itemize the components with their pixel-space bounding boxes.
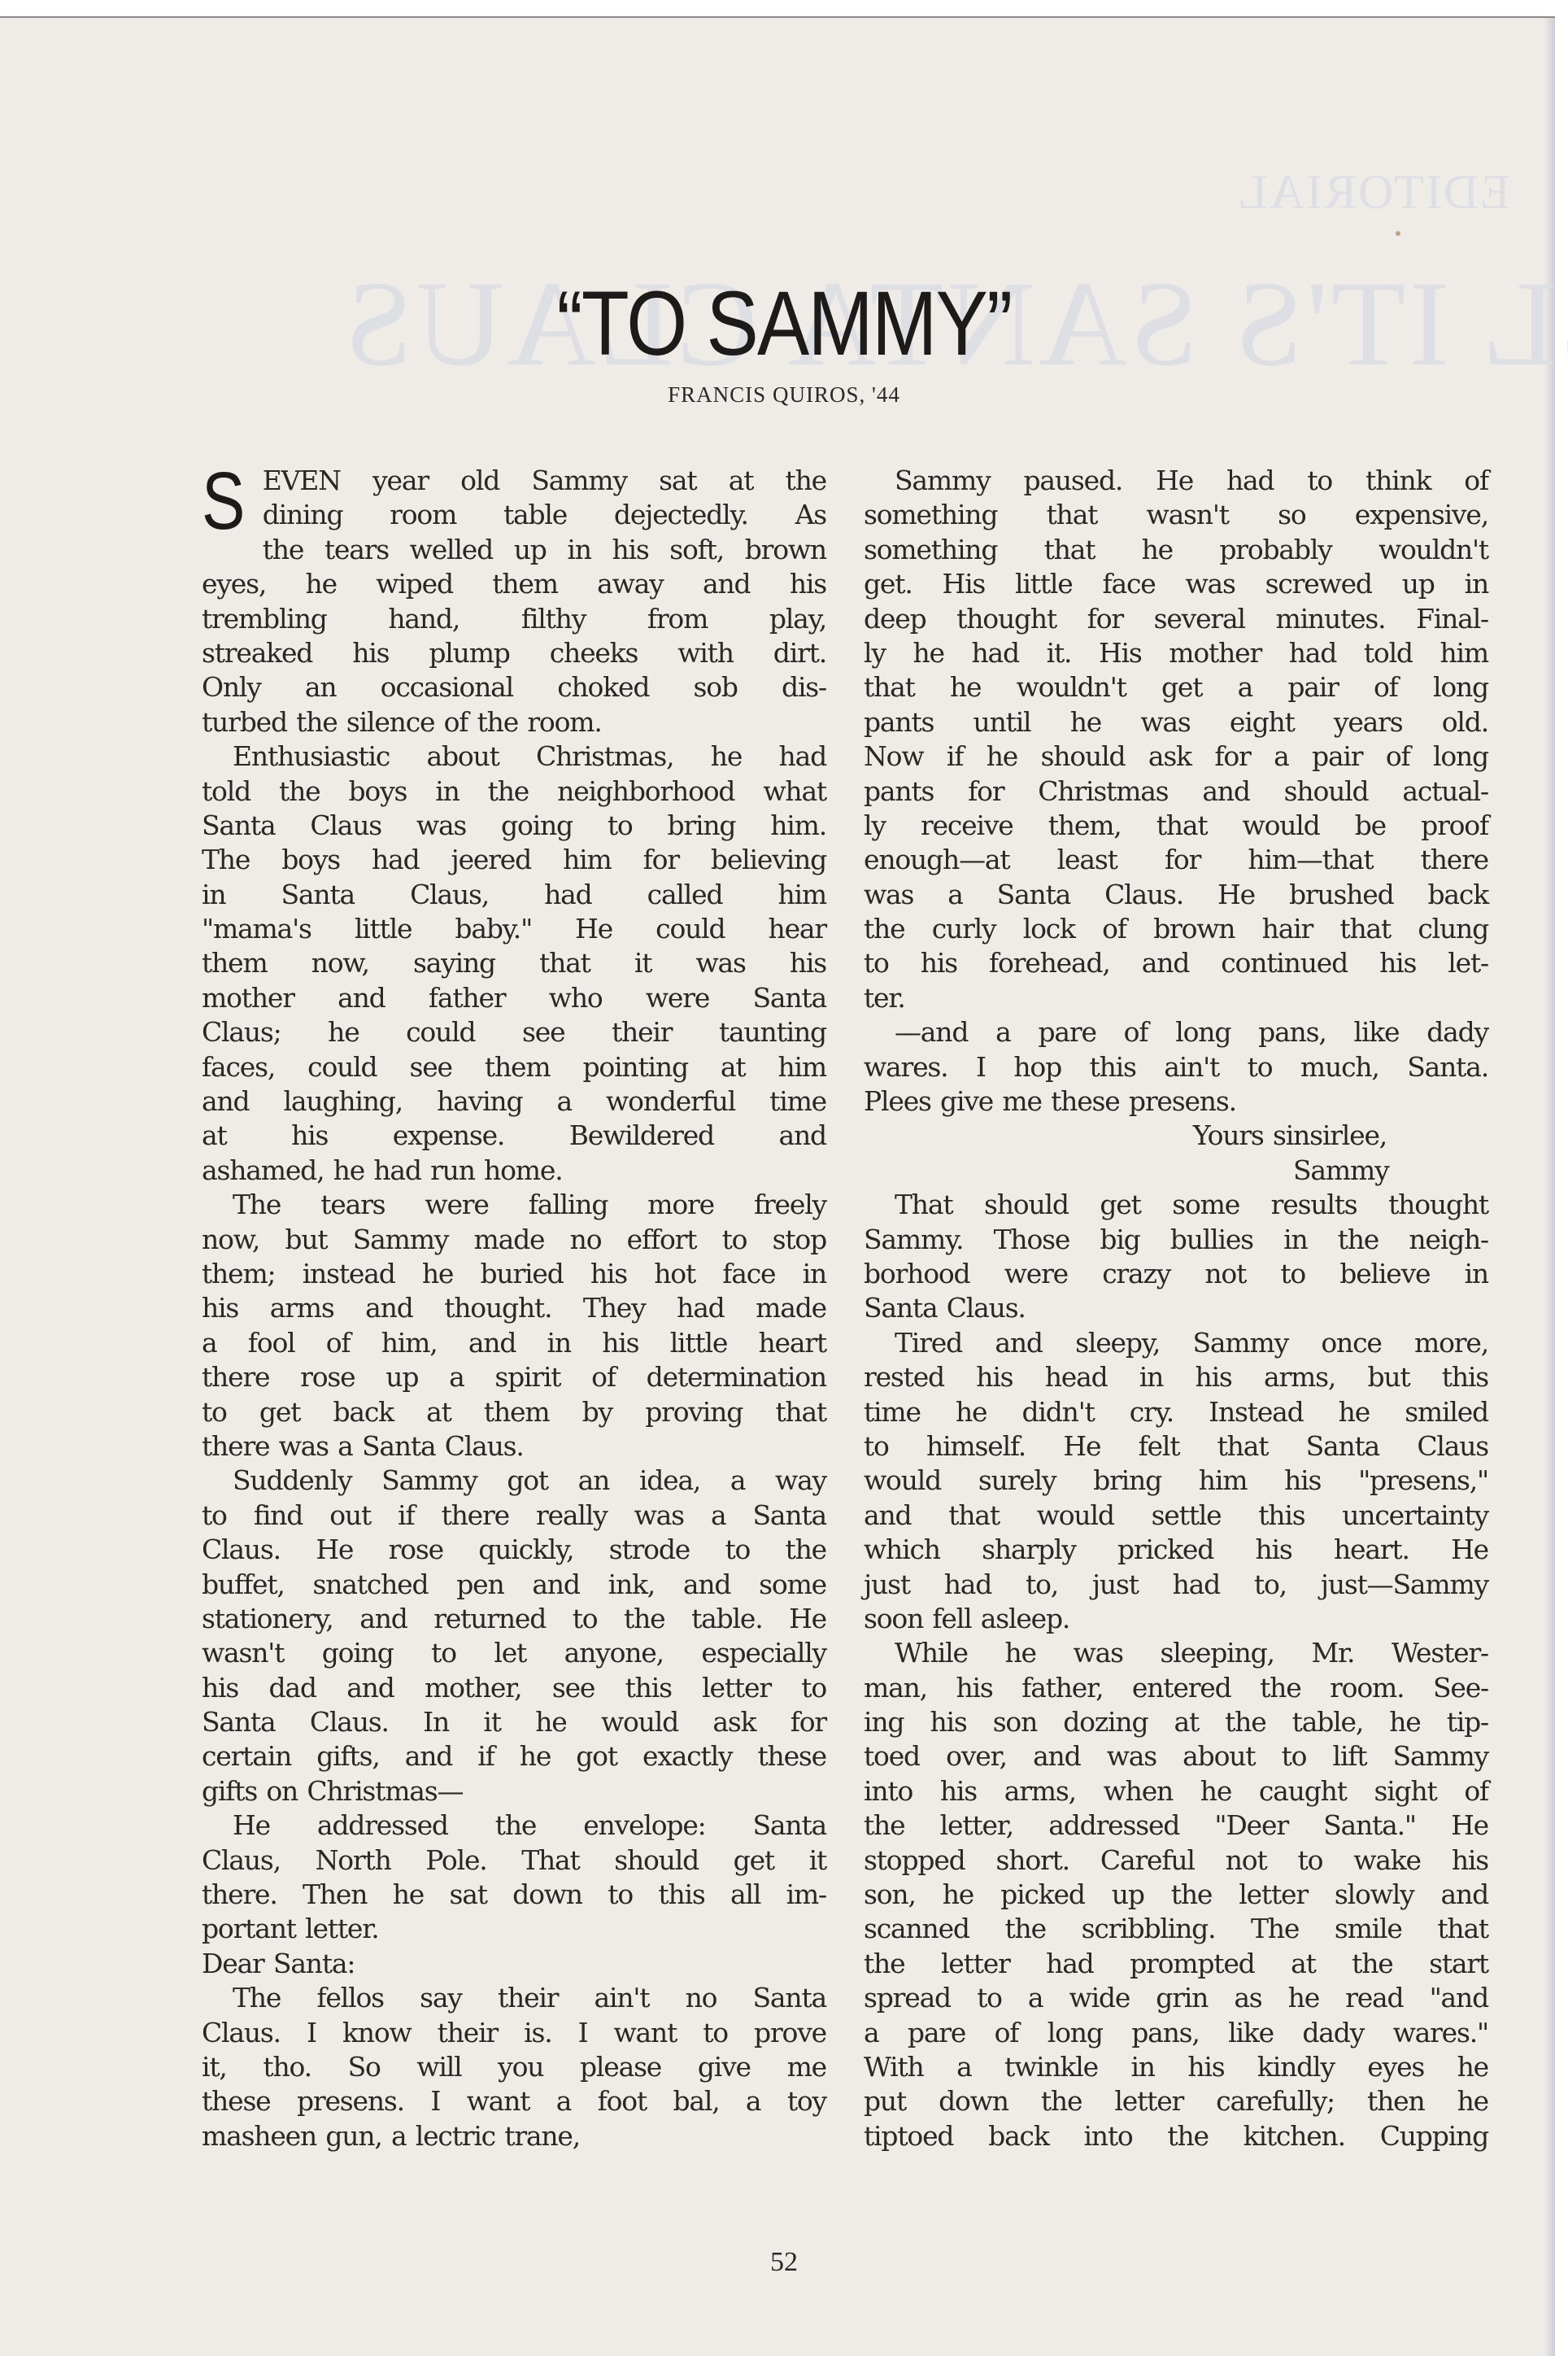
text-line: to get back at them by proving that [202,1395,826,1429]
text-line: The tears were falling more freely [202,1188,826,1222]
text-line: Suddenly Sammy got an idea, a way [202,1464,826,1498]
text-line: there was a Santa Claus. [202,1429,826,1464]
text-line: He addressed the envelope: Santa [202,1808,826,1843]
text-line: the tears welled up in his soft, brown [202,533,826,567]
text-line: spread to a wide grin as he read "and [864,1981,1488,2015]
text-line: to find out if there really was a Santa [202,1499,826,1533]
text-line: dining room table dejectedly. As [202,498,826,532]
text-line: something that wasn't so expensive, [864,498,1488,532]
text-line: The boys had jeered him for believing [202,843,826,877]
text-line: Santa Claus. [864,1291,1488,1325]
text-line: just had to, just had to, just—Sammy [864,1568,1488,1602]
left-column: S EVEN year old Sammy sat at the dining … [202,464,826,2153]
text-line: Santa Claus. In it he would ask for [202,1705,826,1739]
bleed-through-editorial-header: EDITORIAL [1236,164,1510,220]
letter-line: it, tho. So will you please give me [202,2050,826,2084]
letter-closing: Yours sinsirlee, [864,1119,1488,1153]
text-line: faces, could see them pointing at him [202,1050,826,1084]
paper-speck [1396,231,1400,236]
text-line: the letter, addressed "Deer Santa." He [864,1808,1488,1843]
text-line: Now if he should ask for a pair of long [864,740,1488,774]
text-line: would surely bring him his "presens," [864,1464,1488,1498]
text-line: them now, saying that it was his [202,946,826,980]
text-line: Sammy. Those big bullies in the neigh- [864,1223,1488,1257]
text-line: wasn't going to let anyone, especially [202,1636,826,1670]
text-line: deep thought for several minutes. Final- [864,602,1488,636]
text-line: That should get some results thought [864,1188,1488,1222]
text-line: ly he had it. His mother had told him [864,636,1488,670]
text-line: there. Then he sat down to this all im- [202,1878,826,1912]
text-line: there rose up a spirit of determination [202,1360,826,1394]
text-line: streaked his plump cheeks with dirt. [202,636,826,670]
text-line: With a twinkle in his kindly eyes he [864,2050,1488,2084]
text-line: son, he picked up the letter slowly and [864,1878,1488,1912]
text-line: put down the letter carefully; then he [864,2084,1488,2118]
right-column: Sammy paused. He had to think of somethi… [864,464,1488,2153]
article-byline: FRANCIS QUIROS, '44 [0,382,1568,408]
text-line: them; instead he buried his hot face in [202,1257,826,1291]
text-line: ashamed, he had run home. [202,1154,826,1188]
text-line: borhood were crazy not to believe in [864,1257,1488,1291]
text-line: trembling hand, filthy from play, [202,602,826,636]
text-line: While he was sleeping, Mr. Wester- [864,1636,1488,1670]
text-line: Claus, North Pole. That should get it [202,1843,826,1878]
text-line: enough—at least for him—that there [864,843,1488,877]
text-line: ter. [864,981,1488,1015]
letter-salutation: Dear Santa: [202,1947,826,1981]
article-title: “TO SAMMY” [110,278,1458,369]
text-line: stationery, and returned to the table. H… [202,1602,826,1636]
text-line: which sharply pricked his heart. He [864,1533,1488,1567]
text-line: certain gifts, and if he got exactly the… [202,1739,826,1774]
text-line: Enthusiastic about Christmas, he had [202,740,826,774]
text-line: now, but Sammy made no effort to stop [202,1223,826,1257]
letter-line: The fellos say their ain't no Santa [202,1981,826,2015]
text-line: ing his son dozing at the table, he tip- [864,1705,1488,1739]
text-line: "mama's little baby." He could hear [202,912,826,946]
text-line: told the boys in the neighborhood what [202,774,826,809]
text-line: his arms and thought. They had made [202,1291,826,1325]
text-line: pants for Christmas and should actual- [864,774,1488,809]
text-line: scanned the scribbling. The smile that [864,1912,1488,1946]
text-line: Sammy paused. He had to think of [864,464,1488,498]
text-line: Santa Claus was going to bring him. [202,809,826,843]
page-number: 52 [0,2247,1568,2278]
letter-line: Plees give me these presens. [864,1084,1488,1119]
text-line: toed over, and was about to lift Sammy [864,1739,1488,1774]
letter-line: wares. I hop this ain't to much, Santa. [864,1050,1488,1084]
text-line: mother and father who were Santa [202,981,826,1015]
text-line: and that would settle this uncertainty [864,1499,1488,1533]
letter-line: masheen gun, a lectric trane, [202,2119,826,2153]
drop-cap: S [202,469,245,534]
letter-line: Claus. I know their is. I want to prove [202,2016,826,2050]
text-line: the curly lock of brown hair that clung [864,912,1488,946]
text-line: that he wouldn't get a pair of long [864,670,1488,705]
text-line: his dad and mother, see this letter to [202,1671,826,1705]
text-line: get. His little face was screwed up in [864,567,1488,601]
text-line: and laughing, having a wonderful time [202,1084,826,1119]
text-line: turbed the silence of the room. [202,705,826,740]
text-line: at his expense. Bewildered and [202,1119,826,1153]
text-line: time he didn't cry. Instead he smiled [864,1395,1488,1429]
text-line: to himself. He felt that Santa Claus [864,1429,1488,1464]
text-line: portant letter. [202,1912,826,1946]
text-line: something that he probably wouldn't [864,533,1488,567]
text-line: Claus; he could see their taunting [202,1015,826,1049]
text-line: tiptoed back into the kitchen. Cupping [864,2119,1488,2153]
text-line: gifts on Christmas— [202,1774,826,1808]
text-line: the letter had prompted at the start [864,1947,1488,1981]
letter-line: —and a pare of long pans, like dady [864,1015,1488,1049]
text-line: eyes, he wiped them away and his [202,567,826,601]
text-line: a pare of long pans, like dady wares." [864,2016,1488,2050]
letter-signature: Sammy [864,1154,1488,1188]
text-line: stopped short. Careful not to wake his [864,1843,1488,1878]
text-line: rested his head in his arms, but this [864,1360,1488,1394]
text-line: to his forehead, and continued his let- [864,946,1488,980]
text-line: man, his father, entered the room. See- [864,1671,1488,1705]
text-line: EVEN year old Sammy sat at the [202,464,826,498]
letter-line: these presens. I want a foot bal, a toy [202,2084,826,2118]
text-line: Claus. He rose quickly, strode to the [202,1533,826,1567]
magazine-page: EDITORIAL STILL IT'S SANTA CLAUS “TO SAM… [0,16,1555,2356]
text-line: pants until he was eight years old. [864,705,1488,740]
text-line: Only an occasional choked sob dis- [202,670,826,705]
text-line: ly receive them, that would be proof [864,809,1488,843]
text-line: a fool of him, and in his little heart [202,1326,826,1360]
text-line: into his arms, when he caught sight of [864,1774,1488,1808]
text-line: was a Santa Claus. He brushed back [864,878,1488,912]
text-line: in Santa Claus, had called him [202,878,826,912]
text-line: buffet, snatched pen and ink, and some [202,1568,826,1602]
text-line: soon fell asleep. [864,1602,1488,1636]
text-line: Tired and sleepy, Sammy once more, [864,1326,1488,1360]
